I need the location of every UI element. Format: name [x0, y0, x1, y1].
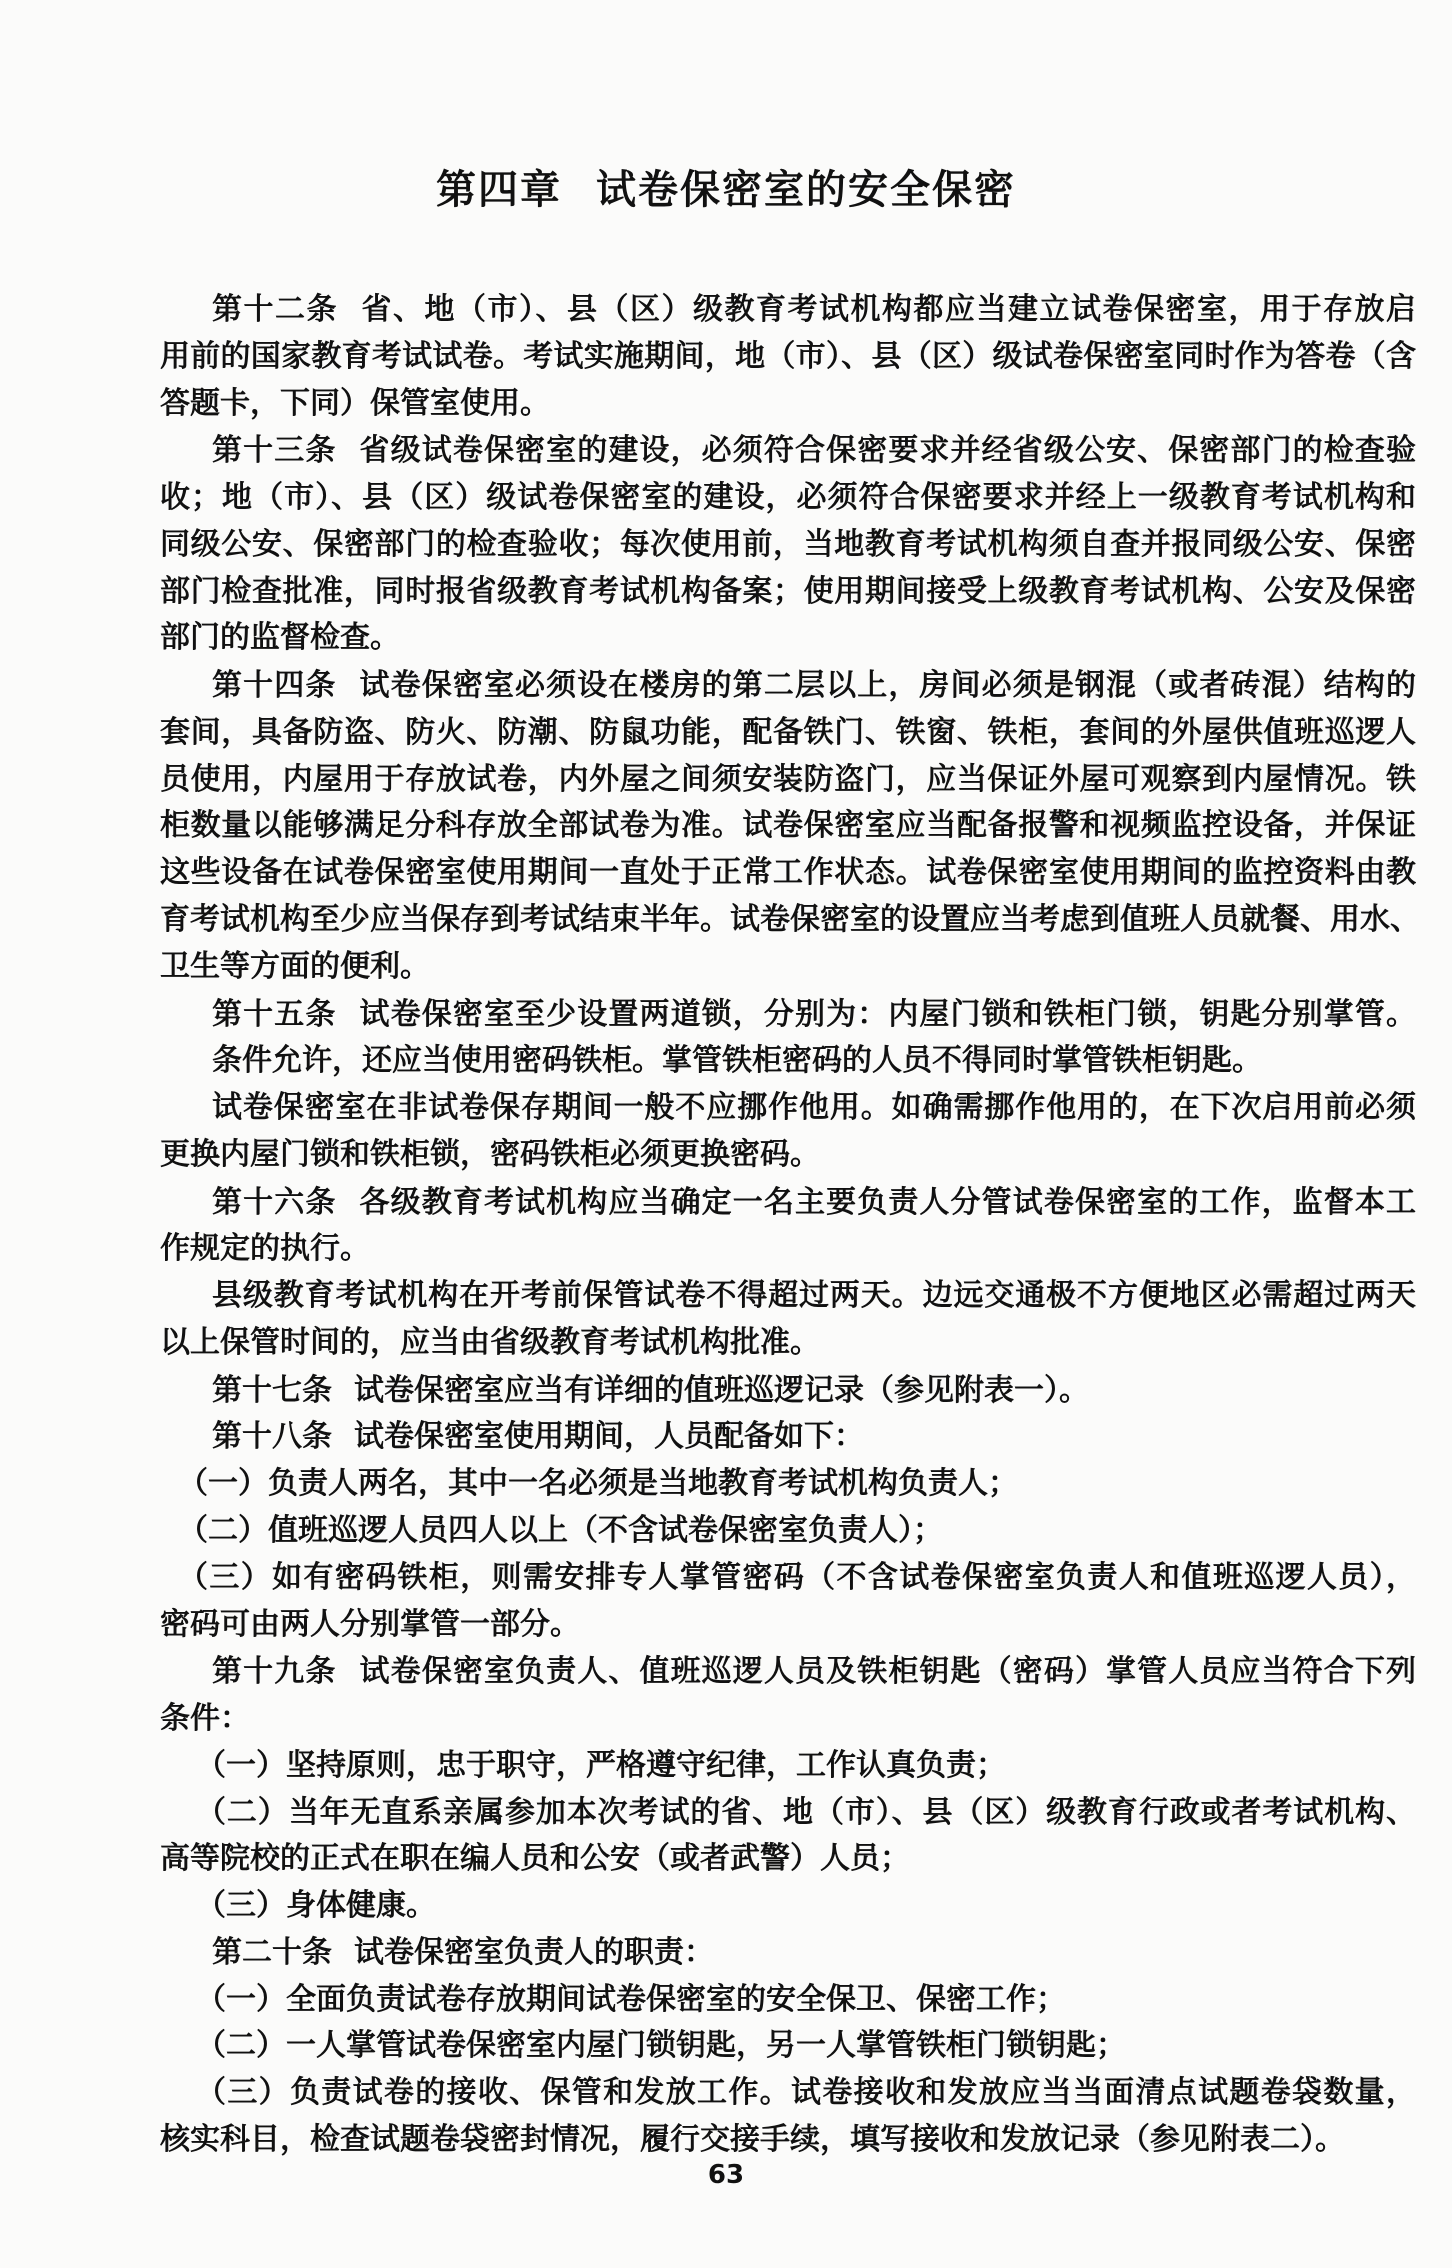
- text-line: 卫生等方面的便利。: [160, 947, 1416, 987]
- text-line: （二）当年无直系亲属参加本次考试的省、地（市）、县（区）级教育行政或者考试机构、: [196, 1793, 1416, 1833]
- line-text: （二）一人掌管试卷保密室内屋门锁钥匙，另一人掌管铁柜门锁钥匙；: [196, 2028, 1126, 2063]
- text-line: （一）全面负责试卷存放期间试卷保密室的安全保卫、保密工作；: [196, 1980, 1416, 2020]
- text-line: 高等院校的正式在职在编人员和公安（或者武警）人员；: [160, 1839, 1416, 1879]
- article-number: 第十二条: [212, 292, 360, 327]
- line-text: 省级试卷保密室的建设，必须符合保密要求并经省级公安、保密部门的检查验: [358, 433, 1416, 468]
- text-line: 条件：: [160, 1699, 1416, 1739]
- line-text: 柜数量以能够满足分科存放全部试卷为准。试卷保密室应当配备报警和视频监控设备，并保…: [160, 808, 1416, 843]
- line-text: 套间，具备防盗、防火、防潮、防鼠功能，配备铁门、铁窗、铁柜，套间的外屋供值班巡逻…: [160, 715, 1416, 750]
- text-line: 第十三条省级试卷保密室的建设，必须符合保密要求并经省级公安、保密部门的检查验: [212, 431, 1416, 471]
- text-line: 员使用，内屋用于存放试卷，内外屋之间须安装防盗门，应当保证外屋可观察到内屋情况。…: [160, 760, 1416, 800]
- line-text: 核实科目，检查试题卷袋密封情况，履行交接手续，填写接收和发放记录（参见附表二）。: [160, 2122, 1345, 2157]
- line-text: 试卷保密室在非试卷保存期间一般不应挪作他用。如确需挪作他用的，在下次启用前必须: [212, 1090, 1416, 1125]
- text-line: 答题卡，下同）保管室使用。: [160, 384, 1416, 424]
- line-text: 高等院校的正式在职在编人员和公安（或者武警）人员；: [160, 1841, 910, 1876]
- line-text: 条件允许，还应当使用密码铁柜。掌管铁柜密码的人员不得同时掌管铁柜钥匙。: [212, 1043, 1262, 1078]
- line-text: 试卷保密室使用期间，人员配备如下：: [354, 1419, 864, 1454]
- line-text: 部门检查批准，同时报省级教育考试机构备案；使用期间接受上级教育考试机构、公安及保…: [160, 574, 1416, 609]
- text-line: 同级公安、保密部门的检查验收；每次使用前，当地教育考试机构须自查并报同级公安、保…: [160, 525, 1416, 565]
- line-text: 试卷保密室负责人的职责：: [354, 1935, 714, 1970]
- text-line: 第十五条试卷保密室至少设置两道锁，分别为：内屋门锁和铁柜门锁，钥匙分别掌管。: [212, 995, 1416, 1035]
- text-line: 收；地（市）、县（区）级试卷保密室的建设，必须符合保密要求并经上一级教育考试机构…: [160, 478, 1416, 518]
- article-number: 第十七条: [212, 1373, 354, 1408]
- line-text: 试卷保密室负责人、值班巡逻人员及铁柜钥匙（密码）掌管人员应当符合下列: [358, 1654, 1416, 1689]
- text-line: 部门检查批准，同时报省级教育考试机构备案；使用期间接受上级教育考试机构、公安及保…: [160, 572, 1416, 612]
- article-number: 第十六条: [212, 1185, 358, 1220]
- text-line: 第二十条试卷保密室负责人的职责：: [212, 1933, 1416, 1973]
- line-text: （三）身体健康。: [196, 1888, 436, 1923]
- article-number: 第十三条: [212, 433, 358, 468]
- line-text: 密码可由两人分别掌管一部分。: [160, 1607, 580, 1642]
- text-line: 套间，具备防盗、防火、防潮、防鼠功能，配备铁门、铁窗、铁柜，套间的外屋供值班巡逻…: [160, 713, 1416, 753]
- line-text: （一）全面负责试卷存放期间试卷保密室的安全保卫、保密工作；: [196, 1982, 1066, 2017]
- line-text: 省、地（市）、县（区）级教育考试机构都应当建立试卷保密室，用于存放启: [360, 292, 1416, 327]
- line-text: （三）负责试卷的接收、保管和发放工作。试卷接收和发放应当当面清点试题卷袋数量，: [196, 2075, 1416, 2110]
- chapter-subtitle: 试卷保密室的安全保密: [596, 167, 1016, 213]
- line-text: 各级教育考试机构应当确定一名主要负责人分管试卷保密室的工作，监督本工: [358, 1185, 1416, 1220]
- article-number: 第二十条: [212, 1935, 354, 1970]
- line-text: 试卷保密室至少设置两道锁，分别为：内屋门锁和铁柜门锁，钥匙分别掌管。: [358, 997, 1416, 1032]
- text-line: 部门的监督检查。: [160, 618, 1416, 658]
- line-text: （二）当年无直系亲属参加本次考试的省、地（市）、县（区）级教育行政或者考试机构、: [196, 1795, 1416, 1830]
- line-text: 试卷保密室应当有详细的值班巡逻记录（参见附表一）。: [354, 1373, 1089, 1408]
- page-number: 63: [0, 2160, 1452, 2190]
- line-text: （三）如有密码铁柜，则需安排专人掌管密码（不含试卷保密室负责人和值班巡逻人员），: [178, 1560, 1416, 1595]
- line-text: 用前的国家教育考试试卷。考试实施期间，地（市）、县（区）级试卷保密室同时作为答卷…: [160, 339, 1416, 374]
- text-line: 密码可由两人分别掌管一部分。: [160, 1605, 1416, 1645]
- text-line: 柜数量以能够满足分科存放全部试卷为准。试卷保密室应当配备报警和视频监控设备，并保…: [160, 806, 1416, 846]
- text-line: 第十八条试卷保密室使用期间，人员配备如下：: [212, 1417, 1416, 1457]
- article-number: 第十五条: [212, 997, 358, 1032]
- text-line: 条件允许，还应当使用密码铁柜。掌管铁柜密码的人员不得同时掌管铁柜钥匙。: [212, 1041, 1416, 1081]
- text-line: 用前的国家教育考试试卷。考试实施期间，地（市）、县（区）级试卷保密室同时作为答卷…: [160, 337, 1416, 377]
- line-text: 答题卡，下同）保管室使用。: [160, 386, 550, 421]
- line-text: 卫生等方面的便利。: [160, 949, 430, 984]
- line-text: 更换内屋门锁和铁柜锁，密码铁柜必须更换密码。: [160, 1137, 820, 1172]
- line-text: 条件：: [160, 1701, 250, 1736]
- text-line: 第十四条试卷保密室必须设在楼房的第二层以上，房间必须是钢混（或者砖混）结构的: [212, 666, 1416, 706]
- article-number: 第十九条: [212, 1654, 358, 1689]
- text-line: 以上保管时间的，应当由省级教育考试机构批准。: [160, 1323, 1416, 1363]
- text-line: 第十九条试卷保密室负责人、值班巡逻人员及铁柜钥匙（密码）掌管人员应当符合下列: [212, 1652, 1416, 1692]
- text-line: （三）身体健康。: [196, 1886, 1416, 1926]
- line-text: （一）坚持原则，忠于职守，严格遵守纪律，工作认真负责；: [196, 1748, 1006, 1783]
- line-text: 以上保管时间的，应当由省级教育考试机构批准。: [160, 1325, 820, 1360]
- text-line: 核实科目，检查试题卷袋密封情况，履行交接手续，填写接收和发放记录（参见附表二）。: [160, 2120, 1416, 2160]
- text-line: 这些设备在试卷保密室使用期间一直处于正常工作状态。试卷保密室使用期间的监控资料由…: [160, 853, 1416, 893]
- text-line: 作规定的执行。: [160, 1229, 1416, 1269]
- text-line: （二）一人掌管试卷保密室内屋门锁钥匙，另一人掌管铁柜门锁钥匙；: [196, 2026, 1416, 2066]
- text-line: 试卷保密室在非试卷保存期间一般不应挪作他用。如确需挪作他用的，在下次启用前必须: [212, 1088, 1416, 1128]
- line-text: 县级教育考试机构在开考前保管试卷不得超过两天。边远交通极不方便地区必需超过两天: [212, 1278, 1416, 1313]
- text-line: （三）负责试卷的接收、保管和发放工作。试卷接收和发放应当当面清点试题卷袋数量，: [196, 2073, 1416, 2113]
- document-page: 第四章试卷保密室的安全保密 第十二条省、地（市）、县（区）级教育考试机构都应当建…: [0, 0, 1452, 2268]
- text-line: 育考试机构至少应当保存到考试结束半年。试卷保密室的设置应当考虑到值班人员就餐、用…: [160, 900, 1416, 940]
- line-text: 同级公安、保密部门的检查验收；每次使用前，当地教育考试机构须自查并报同级公安、保…: [160, 527, 1416, 562]
- text-line: （二）值班巡逻人员四人以上（不含试卷保密室负责人）；: [178, 1511, 1416, 1551]
- text-line: （一）坚持原则，忠于职守，严格遵守纪律，工作认真负责；: [196, 1746, 1416, 1786]
- text-line: 更换内屋门锁和铁柜锁，密码铁柜必须更换密码。: [160, 1135, 1416, 1175]
- text-line: 县级教育考试机构在开考前保管试卷不得超过两天。边远交通极不方便地区必需超过两天: [212, 1276, 1416, 1316]
- text-line: （三）如有密码铁柜，则需安排专人掌管密码（不含试卷保密室负责人和值班巡逻人员），: [178, 1558, 1416, 1598]
- text-line: 第十七条试卷保密室应当有详细的值班巡逻记录（参见附表一）。: [212, 1371, 1416, 1411]
- line-text: （一）负责人两名，其中一名必须是当地教育考试机构负责人；: [178, 1466, 1018, 1501]
- chapter-number: 第四章: [436, 167, 562, 213]
- chapter-title: 第四章试卷保密室的安全保密: [0, 158, 1452, 215]
- article-number: 第十四条: [212, 668, 358, 703]
- line-text: 试卷保密室必须设在楼房的第二层以上，房间必须是钢混（或者砖混）结构的: [358, 668, 1416, 703]
- line-text: （二）值班巡逻人员四人以上（不含试卷保密室负责人）；: [178, 1513, 943, 1548]
- article-number: 第十八条: [212, 1419, 354, 1454]
- line-text: 育考试机构至少应当保存到考试结束半年。试卷保密室的设置应当考虑到值班人员就餐、用…: [160, 902, 1420, 937]
- line-text: 部门的监督检查。: [160, 620, 400, 655]
- text-line: 第十二条省、地（市）、县（区）级教育考试机构都应当建立试卷保密室，用于存放启: [212, 290, 1416, 330]
- text-line: 第十六条各级教育考试机构应当确定一名主要负责人分管试卷保密室的工作，监督本工: [212, 1183, 1416, 1223]
- line-text: 收；地（市）、县（区）级试卷保密室的建设，必须符合保密要求并经上一级教育考试机构…: [160, 480, 1416, 515]
- line-text: 作规定的执行。: [160, 1231, 370, 1266]
- line-text: 这些设备在试卷保密室使用期间一直处于正常工作状态。试卷保密室使用期间的监控资料由…: [160, 855, 1416, 890]
- line-text: 员使用，内屋用于存放试卷，内外屋之间须安装防盗门，应当保证外屋可观察到内屋情况。…: [160, 762, 1416, 797]
- text-line: （一）负责人两名，其中一名必须是当地教育考试机构负责人；: [178, 1464, 1416, 1504]
